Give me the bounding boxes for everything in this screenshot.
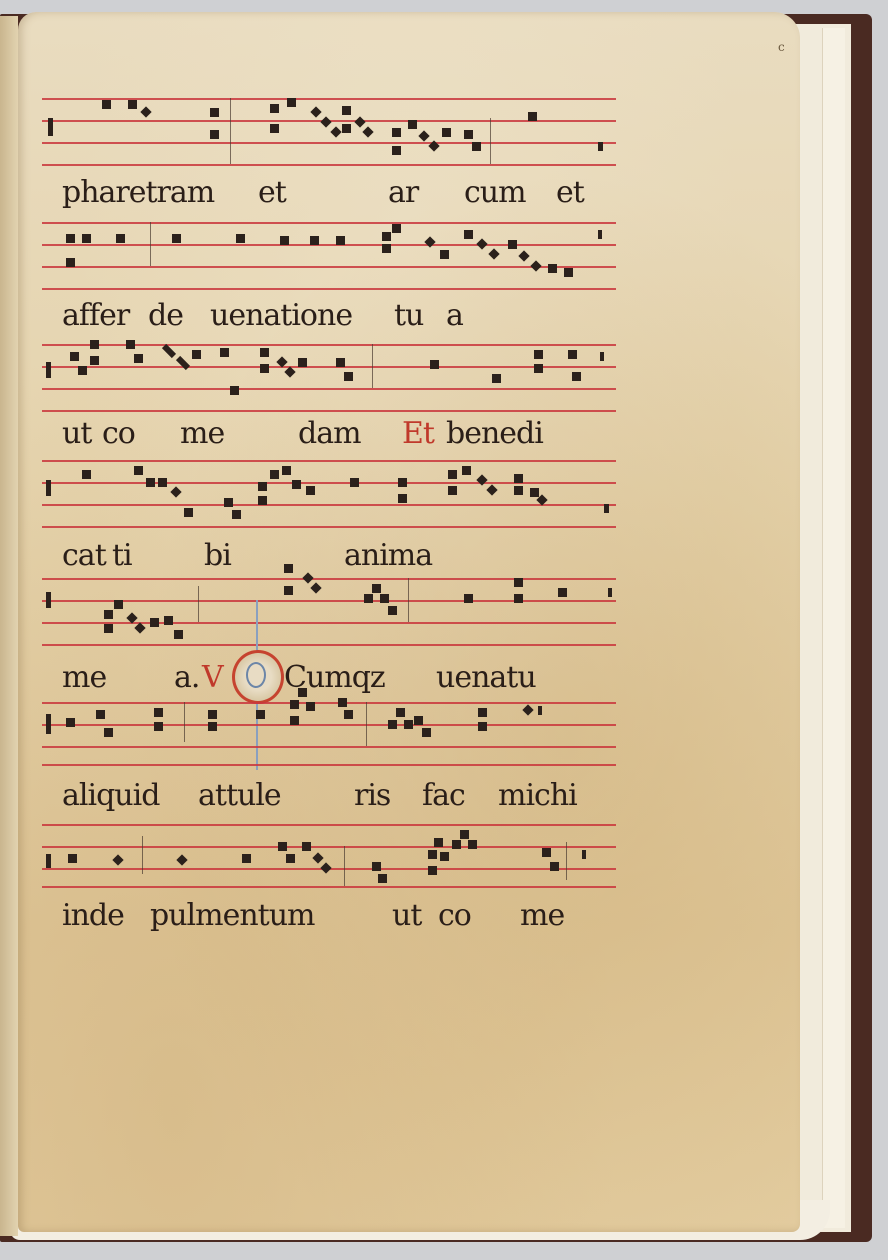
versicle-symbol: V [202, 660, 223, 695]
rubric-capital-e: Et [402, 416, 434, 451]
music-staff-2 [42, 222, 616, 292]
music-staff-6 [42, 702, 616, 768]
folio-mark: c [778, 40, 785, 54]
endpaper-inner [822, 28, 845, 1228]
music-staff-3 [42, 344, 616, 414]
music-staff-5 [42, 578, 616, 648]
music-staff-4 [42, 460, 616, 530]
initial-swirl-ornament [246, 662, 266, 688]
facing-page-edge [0, 16, 18, 1236]
music-staff-7 [42, 824, 616, 890]
music-staff-1 [42, 98, 616, 168]
